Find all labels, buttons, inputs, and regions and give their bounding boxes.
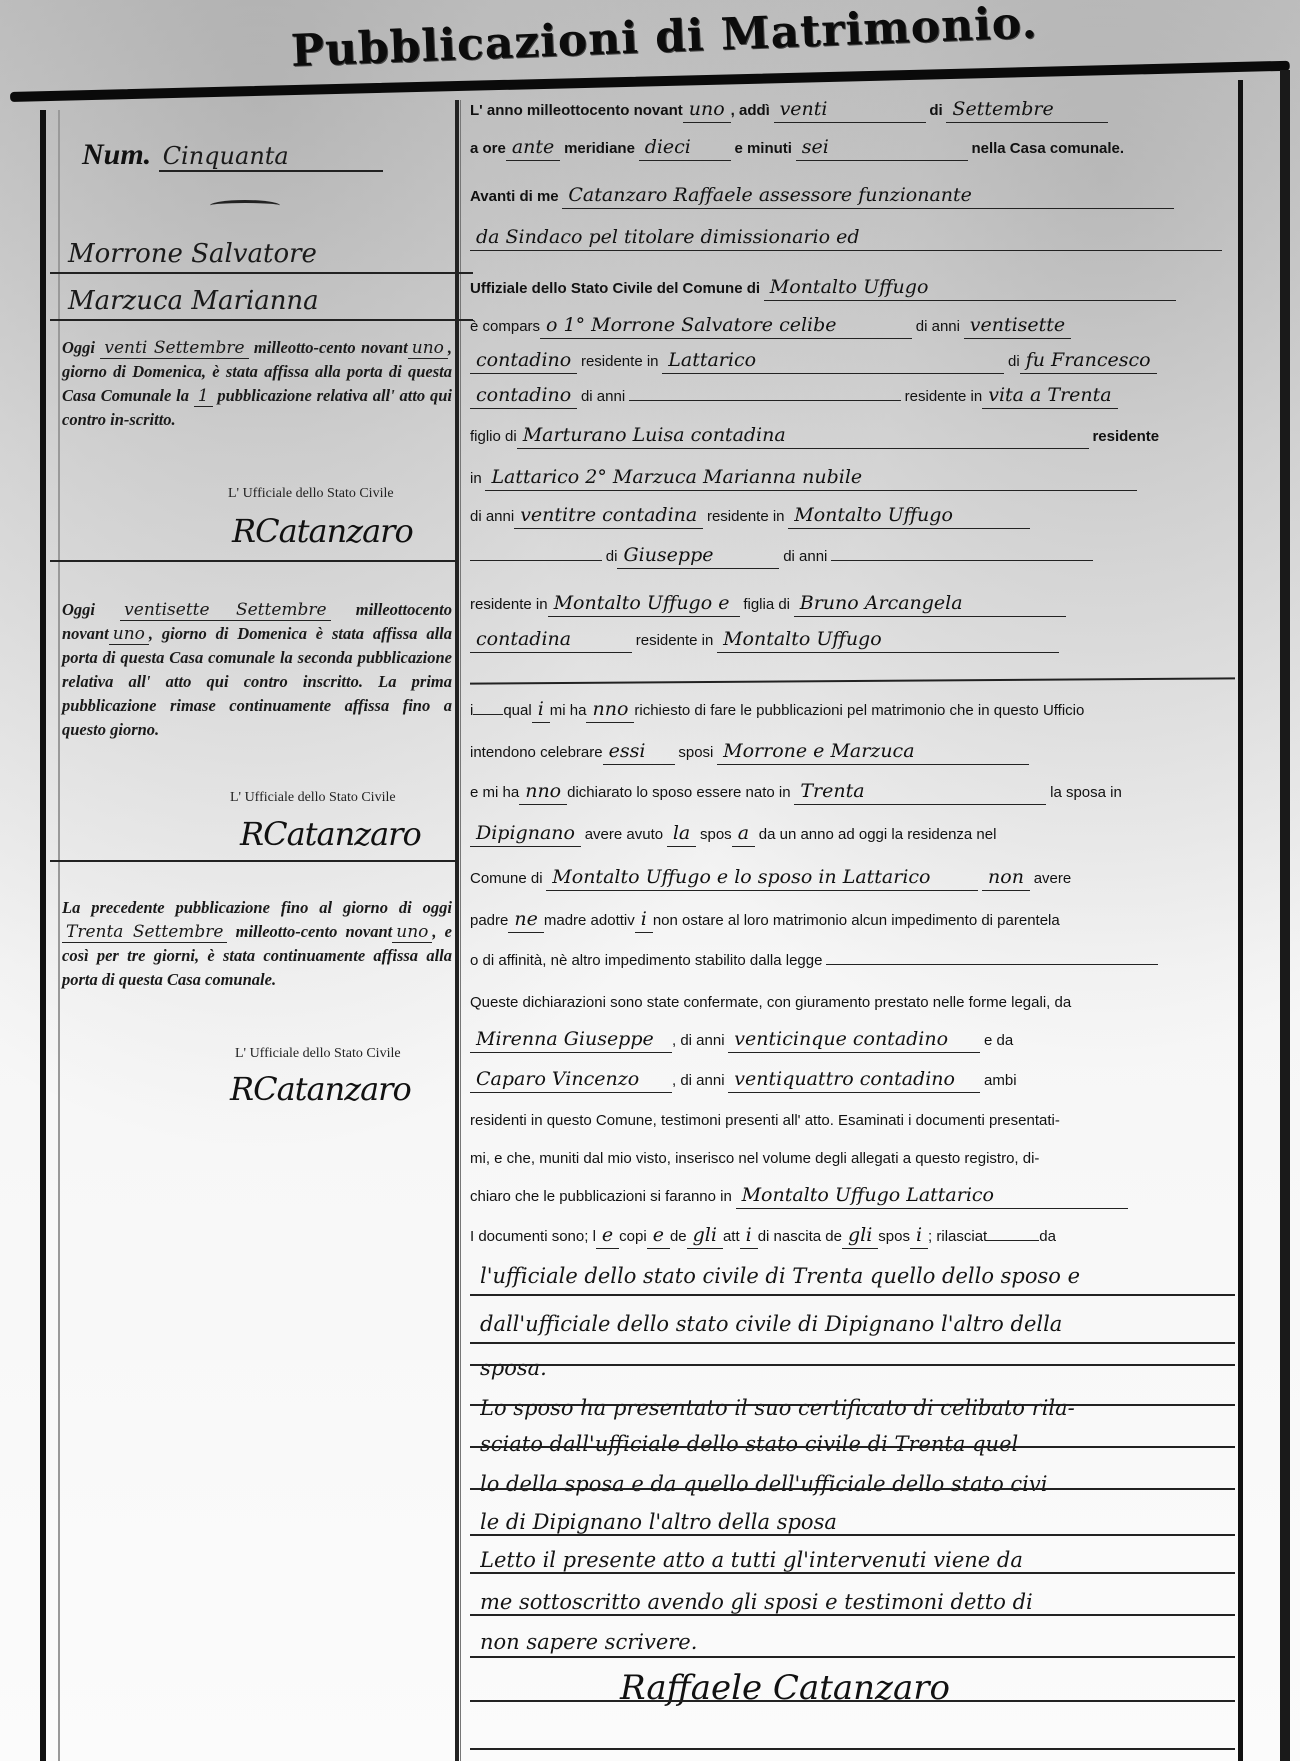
form-line-groom-mother: figlio diMarturano Luisa contadina resid…: [470, 420, 1235, 454]
second-publication-text: Oggi ventisette Settembre milleottocento…: [62, 598, 452, 742]
first-publication-date: venti Settembre: [100, 338, 248, 359]
ruled-line: [470, 1342, 1235, 1344]
ruled-line: [470, 1534, 1235, 1536]
ruled-line: [470, 1404, 1235, 1406]
request-line-4: Dipignano avere avuto la sposa da un ann…: [470, 818, 1235, 852]
handwritten-line: non sapere scrivere.: [480, 1630, 1235, 1654]
request-line-7: o di affinità, nè altro impedimento stab…: [470, 944, 1235, 978]
ruled-line: [470, 1700, 1235, 1702]
officer-signature-2: RCatanzaro: [240, 815, 421, 853]
witness-line-2: Caparo Vincenzo, di anni ventiquattro co…: [470, 1064, 1235, 1098]
form-line-comune: Uffiziale dello Stato Civile del Comune …: [470, 272, 1235, 306]
request-line-2: intendono celebrareessi sposi Morrone e …: [470, 736, 1235, 770]
request-line-8: Queste dichiarazioni sono state conferma…: [470, 986, 1235, 1020]
officer-final-signature: Raffaele Catanzaro: [620, 1668, 950, 1708]
form-line-officer-cont: da Sindaco pel titolare dimissionario ed: [470, 222, 1235, 256]
ruled-line: [470, 1656, 1235, 1658]
ruled-line: [470, 1748, 1235, 1750]
handwritten-line: me sottoscritto avendo gli sposi e testi…: [480, 1590, 1235, 1614]
ruled-line: [470, 1446, 1235, 1448]
request-line-5: Comune di Montalto Uffugo e lo sposo in …: [470, 862, 1235, 896]
ruled-line: [470, 1488, 1235, 1490]
request-line-11: residenti in questo Comune, testimoni pr…: [470, 1104, 1235, 1138]
request-line-13: chiaro che le pubblicazioni si faranno i…: [470, 1180, 1235, 1214]
handwritten-line: lo della sposa e da quello dell'ufficial…: [480, 1472, 1235, 1496]
num-label: Num.: [82, 138, 151, 171]
request-line-3: e mi hannodichiarato lo sposo essere nat…: [470, 776, 1235, 810]
ruled-line: [470, 1572, 1235, 1574]
publication-ordinal: 1: [194, 386, 213, 407]
right-border: [1238, 80, 1243, 1761]
section-divider: [50, 560, 455, 562]
record-number: Num. Cinquanta: [82, 138, 383, 172]
officer-label-1: L' Ufficiale dello Stato Civile: [228, 486, 394, 502]
form-line-officer: Avanti di me Catanzaro Raffaele assessor…: [470, 180, 1235, 214]
left-border: [40, 110, 46, 1761]
section-divider: [50, 860, 455, 862]
form-line-bride-father: diGiuseppe di anni: [470, 540, 1235, 574]
handwritten-line: le di Dipignano l'altro della sposa: [480, 1510, 1235, 1534]
form-line-bride: in Lattarico 2° Marzuca Marianna nubile: [470, 462, 1235, 496]
officer-signature-1: RCatanzaro: [232, 512, 413, 550]
handwritten-line: l'ufficiale dello stato civile di Trenta…: [480, 1264, 1235, 1288]
witness-line-1: Mirenna Giuseppe, di anni venticinque co…: [470, 1024, 1235, 1058]
document-page: Pubblicazioni di Matrimonio. Num. Cinqua…: [0, 0, 1300, 1761]
request-line-12: mi, e che, muniti dal mio visto, inseris…: [470, 1142, 1235, 1176]
column-separator: [455, 100, 459, 1761]
closing-publication-text: La precedente pubblicazione fino al gior…: [62, 896, 452, 992]
first-publication-text: Oggi venti Settembre milleotto-cento nov…: [62, 336, 452, 432]
form-line-bride-mother-residence: contadina residente in Montalto Uffugo: [470, 624, 1235, 658]
closing-publication-date: Trenta Settembre: [62, 922, 227, 943]
groom-name: Morrone Salvatore: [50, 236, 473, 274]
officer-label-2: L' Ufficiale dello Stato Civile: [230, 790, 396, 806]
document-title: Pubblicazioni di Matrimonio.: [290, 0, 1091, 77]
handwritten-line: dall'ufficiale dello stato civile di Dip…: [480, 1312, 1235, 1336]
form-line-groom-residence: contadino residente in Lattarico difu Fr…: [470, 345, 1235, 379]
officer-label-3: L' Ufficiale dello Stato Civile: [235, 1046, 401, 1062]
page-edge: [1280, 70, 1290, 1761]
flourish-divider: [210, 200, 280, 211]
bride-name: Marzuca Marianna: [50, 283, 473, 321]
second-publication-date: ventisette Settembre: [120, 600, 330, 621]
documents-line: I documenti sono; lecopiedegliattidi nas…: [470, 1220, 1235, 1254]
ruled-line: [470, 1614, 1235, 1616]
form-line-groom-father: contadino di anni residente invita a Tre…: [470, 380, 1235, 414]
handwritten-line: sciato dall'ufficiale dello stato civile…: [480, 1432, 1235, 1456]
form-line-groom: è comparso 1° Morrone Salvatore celibe d…: [470, 310, 1235, 344]
handwritten-line: Letto il presente atto a tutti gl'interv…: [480, 1548, 1235, 1572]
form-line-time: a oreante meridiane dieci e minuti sei n…: [470, 132, 1235, 166]
form-line-bride-age: di anniventitre contadina residente in M…: [470, 500, 1235, 534]
left-border-inner: [58, 110, 60, 1761]
form-line-year: L' anno milleottocento novantuno, addì v…: [470, 94, 1235, 128]
ruled-line: [470, 1294, 1235, 1296]
request-line-1: iqualimi hannorichiesto di fare le pubbl…: [470, 694, 1235, 728]
form-line-bride-mother: residente inMontalto Uffugo e figlia di …: [470, 588, 1235, 622]
column-separator-inner: [460, 100, 461, 1761]
handwritten-line: sposa.: [480, 1356, 1235, 1380]
section-divider: [470, 677, 1235, 684]
handwritten-line: Lo sposo ha presentato il suo certificat…: [480, 1396, 1235, 1420]
officer-signature-3: RCatanzaro: [230, 1070, 411, 1108]
request-line-6: padrenemadre adottivinon ostare al loro …: [470, 904, 1235, 938]
ruled-line: [470, 1364, 1235, 1366]
num-value: Cinquanta: [159, 142, 383, 172]
